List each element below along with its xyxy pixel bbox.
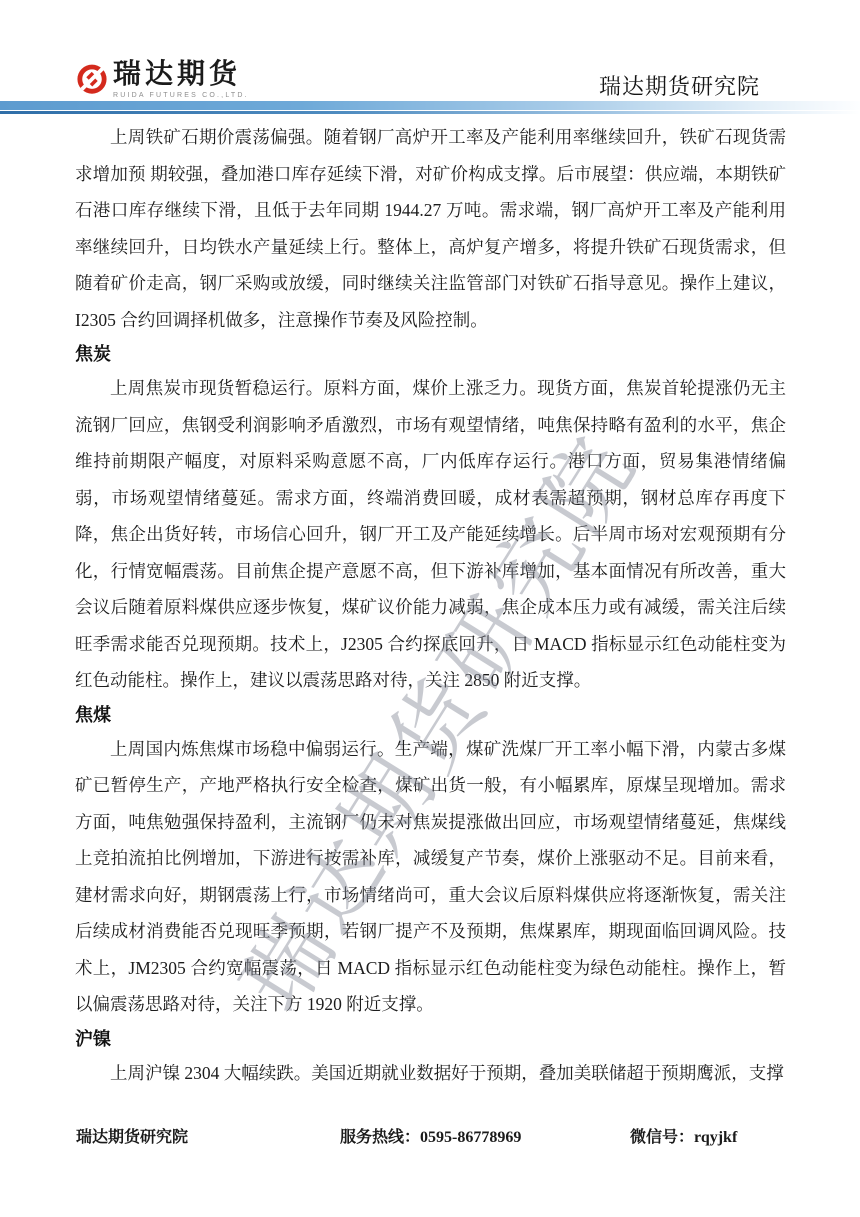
body-paragraph: 上周铁矿石期价震荡偏强。随着钢厂高炉开工率及产能利用率继续回升，铁矿石现货需求增… xyxy=(75,119,786,338)
header-bar-line xyxy=(0,111,860,114)
footer-wechat: 微信号：rqyjkf xyxy=(630,1124,737,1147)
logo-en-text: RUIDA FUTURES CO.,LTD. xyxy=(113,91,249,100)
body-paragraph: 上周沪镍 2304 大幅续跌。美国近期就业数据好于预期，叠加美联储超于预期鹰派，… xyxy=(75,1055,786,1092)
footer-wechat-id: rqyjkf xyxy=(694,1129,737,1146)
footer-hotline: 服务热线：0595-86778969 xyxy=(340,1124,521,1147)
section-heading: 焦煤 xyxy=(75,699,786,731)
footer-hotline-label: 服务热线： xyxy=(340,1129,420,1146)
logo-cn-text: 瑞达期货 xyxy=(113,60,249,90)
company-logo: 瑞达期货 RUIDA FUTURES CO.,LTD. xyxy=(76,60,249,100)
footer-divider-bar xyxy=(72,1108,790,1115)
section-heading: 沪镍 xyxy=(75,1023,786,1055)
footer-hotline-number: 0595-86778969 xyxy=(420,1129,521,1146)
page-footer: 瑞达期货研究院 服务热线：0595-86778969 微信号：rqyjkf xyxy=(0,1124,860,1154)
header-title: 瑞达期货研究院 xyxy=(599,70,760,101)
section-heading: 焦炭 xyxy=(75,338,786,370)
header-bar-band xyxy=(0,101,860,110)
logo-text-block: 瑞达期货 RUIDA FUTURES CO.,LTD. xyxy=(113,60,249,100)
document-body: 上周铁矿石期价震荡偏强。随着钢厂高炉开工率及产能利用率继续回升，铁矿石现货需求增… xyxy=(75,119,786,1091)
footer-org: 瑞达期货研究院 xyxy=(76,1124,188,1147)
body-paragraph: 上周焦炭市现货暂稳运行。原料方面，煤价上涨乏力。现货方面，焦炭首轮提涨仍无主流钢… xyxy=(75,370,786,699)
body-paragraph: 上周国内炼焦煤市场稳中偏弱运行。生产端，煤矿洗煤厂开工率小幅下滑，内蒙古多煤矿已… xyxy=(75,731,786,1023)
page-header: 瑞达期货 RUIDA FUTURES CO.,LTD. 瑞达期货研究院 xyxy=(0,0,860,101)
ruida-logo-icon xyxy=(76,60,108,97)
footer-wechat-label: 微信号： xyxy=(630,1129,694,1146)
header-divider-bar xyxy=(0,101,860,114)
